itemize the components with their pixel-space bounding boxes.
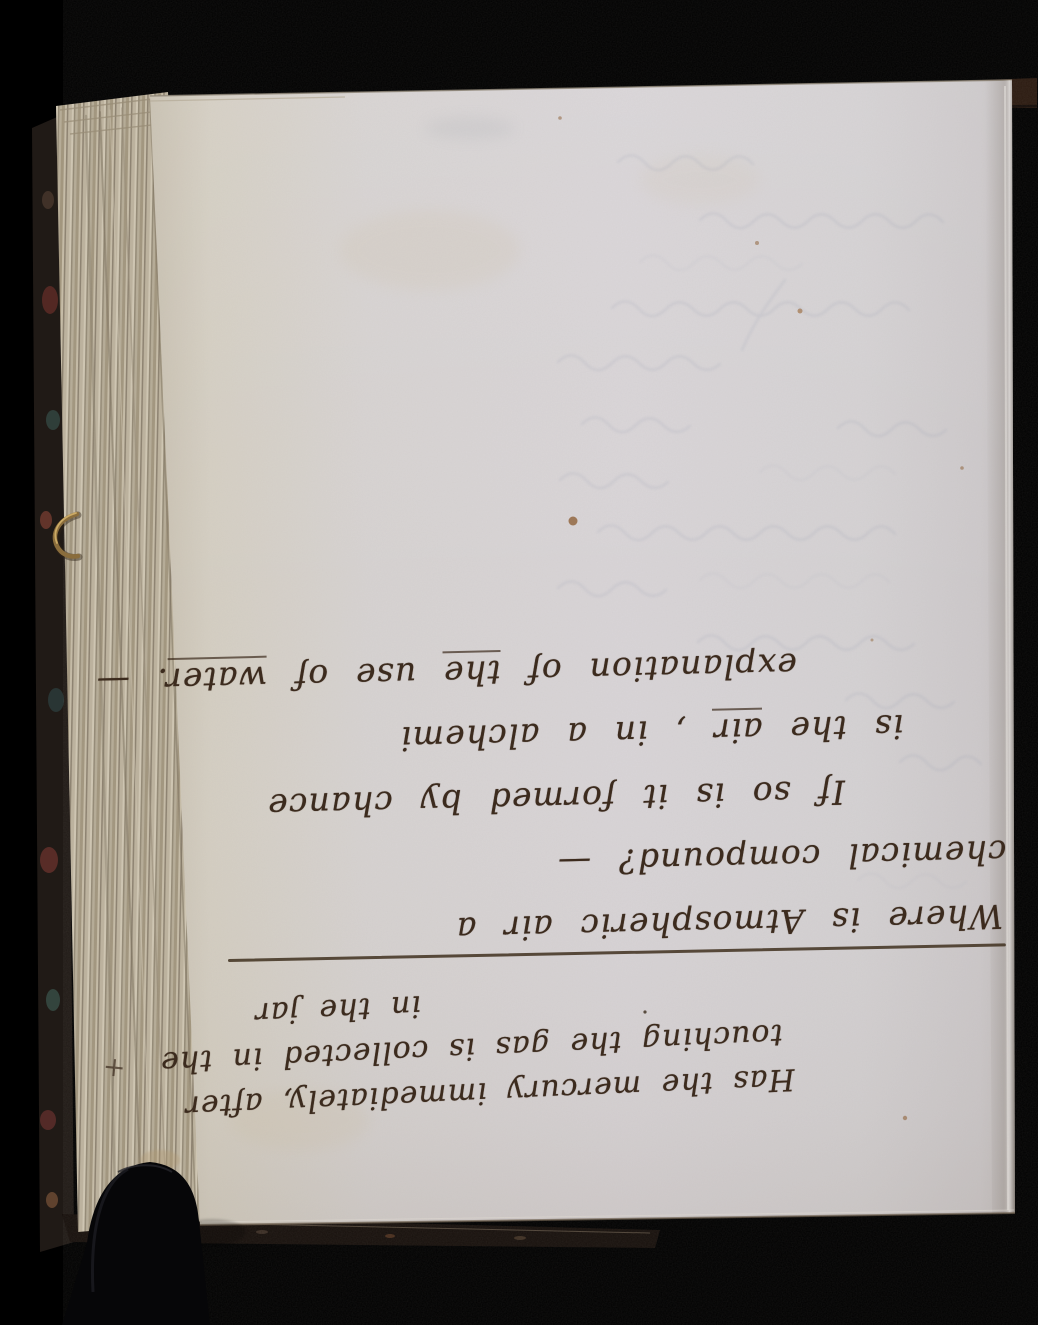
book-photo-art [0, 0, 1038, 1325]
photo-stage: Where is Atmospheric air achemical compo… [0, 0, 1038, 1325]
manuscript-page [150, 78, 1016, 1228]
